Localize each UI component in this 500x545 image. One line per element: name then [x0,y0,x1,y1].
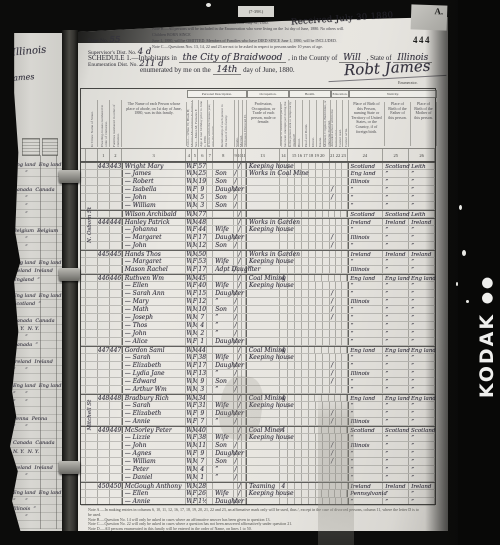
health-cell [323,282,330,289]
health-cell [316,298,323,305]
left-page-entry: Ireland Ireland [10,464,62,472]
table-header: Personal Description. Occupation. Health… [81,89,435,149]
left-page-header-box [22,138,40,156]
months-unemployed [280,490,288,497]
health-cell [323,219,330,225]
health-cell [302,219,309,225]
dwelling-number [98,282,110,289]
street-cell [86,330,98,337]
person-name: Gordon Saml [122,347,186,353]
months-unemployed: 4 [280,347,288,353]
age: 31 [198,402,207,409]
health-cell [302,275,309,281]
person-name: — Daniel [122,474,187,481]
family-number [110,234,122,241]
table-row: 443 443 Wright Mary W F 57 / Keeping hou… [81,162,435,170]
father-birthplace: Scotland [383,211,409,217]
table-row: — Math W M 10 Son / [81,306,435,314]
family-number [110,458,122,465]
father-birthplace: ” [383,290,409,297]
age: 19 [198,178,207,185]
health-cell [288,395,295,401]
birthplace: ” [348,338,384,345]
health-cell [295,275,302,281]
street-cell [86,170,98,177]
months-unemployed [280,186,288,193]
health-cell [288,163,295,169]
family-number [110,298,122,305]
street-cell [86,442,98,449]
family-number [110,498,122,505]
birthplace: Ireland [348,219,384,225]
health-cell [323,386,330,393]
dwelling-number: 443 [98,163,110,169]
colnum: 21 22 23 [330,149,348,161]
health-cell [309,362,316,369]
father-birthplace: ” [383,186,409,193]
health-cell [288,386,295,393]
father-birthplace: ” [383,314,409,321]
person-name: — Sarah Ann [122,290,187,297]
table-row: Wilson Archibald W M 77 / [81,210,435,218]
health-cell [315,347,322,353]
family-number [110,226,122,233]
father-birthplace: Eng land [383,347,409,353]
months-unemployed [280,434,288,441]
table-row: — John W M 11 Son / [81,442,435,450]
health-cell [323,202,330,209]
health-cell [323,226,330,233]
page-no-value: 55 [110,35,121,45]
dwelling-number [98,314,110,321]
dwelling-number [98,410,110,417]
health-cell [288,298,295,305]
street-cell [86,490,98,497]
birthplace: Eng land [347,347,383,353]
months-unemployed: 4 [280,427,288,433]
health-cell [323,338,330,345]
street-cell [86,186,98,193]
health-cell [302,490,309,497]
health-cell [288,483,295,489]
birthplace: ” [348,258,384,265]
occupation [246,362,280,369]
health-cell [288,434,295,441]
age: 12 [198,298,207,305]
person-name: — William [122,458,187,465]
health-cell [316,338,323,345]
health-cell [288,490,295,497]
footnote-d: Note D.—All persons enumerated in this f… [88,527,423,532]
dwelling-number [98,234,110,241]
relationship: Son [213,194,234,201]
street-cell [86,354,98,361]
person-name: — Mary [122,298,187,305]
health-cell [295,370,302,377]
kodak-wordmark: KODAK [476,313,498,398]
form-number-chip: (7-398.) [238,6,274,17]
health-cell [302,442,309,449]
occupation: Works in Coal Mine [246,170,280,177]
months-unemployed: 4 [280,395,288,401]
health-cell [295,306,302,313]
father-birthplace: ” [383,234,409,241]
age: 11 [198,442,207,449]
health-cell [323,242,330,249]
dwelling-number [98,258,110,265]
birthplace: ” [348,242,384,249]
occupation [246,234,280,241]
person-name: — John [122,194,187,201]
left-page-entry: ” ” [10,194,62,202]
health-cell [316,322,323,329]
dwelling-number [98,211,110,217]
person-name: Hands Thos [122,251,187,257]
left-page-entry: Canada Canada [10,317,62,325]
health-cell [302,163,309,169]
age: 7 [198,458,207,465]
col-header-months-unemployed: Number of months this person has been un… [281,100,289,147]
father-birthplace: ” [383,490,409,497]
left-page-entry: ” ” [10,398,62,406]
father-birthplace: ” [383,402,409,409]
father-birthplace: Ireland [383,251,409,257]
family-number [110,442,122,449]
person-name: — Sarah [122,402,187,409]
page-no-label: Page No. [88,38,108,44]
family-number: 446 [110,275,122,281]
birthplace: ” [348,186,384,193]
health-cell [309,234,316,241]
table-row: — Johanna W F 44 Wife / Keeping house [81,226,435,234]
person-name: McSorley Peter [122,427,186,433]
health-cell [288,354,295,361]
relationship: ” [213,314,234,321]
relationship: Son [213,170,234,177]
relationship [213,347,234,353]
birthplace: Scotland [347,211,383,217]
table-row: — John W M 2 ” / [81,330,435,338]
left-page-entry [10,177,62,185]
dwelling-number: 446 [98,275,110,281]
table-row: — Annie W F 1½ Daughter / [81,498,435,506]
health-cell [288,498,295,505]
health-cell [302,498,309,505]
street-cell [86,483,98,489]
age: 9 [198,450,207,457]
street-cell [86,474,98,481]
table-row: — Agnes W F 9 Daughter / [81,450,435,458]
age: 10 [198,306,207,313]
health-cell [302,386,309,393]
health-cell [309,186,316,193]
health-cell [288,282,295,289]
street-cell [86,370,98,377]
family-number [110,290,122,297]
occupation [246,458,280,465]
age: 3 [198,202,207,209]
health-cell [323,266,330,273]
colnum: 2 [110,149,122,161]
months-unemployed [280,330,288,337]
months-unemployed [280,474,288,481]
health-cell [302,418,309,425]
health-cell [302,306,309,313]
age: 53 [198,258,207,265]
left-page-entry: Eng land Eng land [10,382,62,390]
col-header-birthplace: Place of Birth of this Person, naming St… [349,102,385,146]
health-cell [295,242,302,249]
father-birthplace: ” [383,418,409,425]
left-page-entry: ” ” [10,333,62,341]
health-cell [302,170,309,177]
health-cell [295,298,302,305]
left-page-script-state: Illinois [12,45,47,59]
health-cell [323,362,330,369]
table-row: — Alice W F 1 Daughter / [81,338,435,346]
table-row: 444 444 Hanley Patrick W M 48 / Works in… [81,218,435,226]
relationship [213,483,234,489]
person-name: — James [122,170,187,177]
dwelling-number: 444 [98,219,110,225]
left-page-entry: ” ” [10,235,62,243]
table-row: 447 447 Gordon Saml W M 44 / Coal Mining… [81,346,435,354]
health-cell [323,178,330,185]
left-page-entry: ” ” [10,472,62,480]
health-cell [288,194,295,201]
health-cell [288,170,295,177]
months-unemployed [280,251,288,257]
health-cell [288,290,295,297]
health-cell [323,330,330,337]
occupation: Keeping house [246,490,280,497]
health-cell [295,202,302,209]
occupation [246,466,280,473]
group-personal-description: Personal Description. [187,90,247,98]
left-page-entry: ” ” [10,210,62,218]
family-number [110,450,122,457]
family-number [110,402,122,409]
left-page-entry [10,374,62,382]
person-name: — Elizabeth [122,410,187,417]
health-cell [309,498,316,505]
months-unemployed [280,282,288,289]
birthplace: ” [348,378,384,385]
months-unemployed [280,314,288,321]
person-name: — Agnes [122,450,187,457]
kodak-film-brand: KODAK ●● [476,246,498,426]
months-unemployed [280,466,288,473]
health-cell [316,251,323,257]
relationship: Adpt Daughter [213,266,234,273]
months-unemployed [280,298,288,305]
health-cell [302,251,309,257]
dwelling-number [98,186,110,193]
occupation [246,202,280,209]
family-number: 445 [110,251,122,257]
colnum: 6 [198,149,207,161]
family-number [110,354,122,361]
age: 4 [198,466,207,473]
father-birthplace: ” [383,434,409,441]
relationship: Wife [213,490,234,497]
relationship: Son [213,202,234,209]
health-cell [295,347,302,353]
father-birthplace: Eng land [383,275,409,281]
corner-letter: A. [434,6,444,30]
person-name: — Ellen [122,490,187,497]
person-name: Mason Rachel [122,266,187,273]
health-cell [288,458,295,465]
relationship: Son [213,178,234,185]
left-page-entry: ” ” [10,497,62,505]
health-cell [288,410,295,417]
occupation: Works in Garden [246,251,280,257]
person-name: — John [122,242,187,249]
health-cell [288,362,295,369]
film-speck [206,3,211,7]
health-cell [295,362,302,369]
dwelling-number [98,434,110,441]
form-footnotes: Note A.—In making entries in columns 6, … [88,508,423,532]
person-name: — Math [122,306,187,313]
note-b: Note B.—All persons will be included in … [152,26,352,38]
health-cell [288,178,295,185]
relationship: Daughter [213,234,234,241]
birthplace: ” [348,314,384,321]
relationship: Son [213,442,234,449]
health-cell [323,354,330,361]
table-row: — Lizzie W F 38 Wife / Keeping house [81,434,435,442]
health-cell [309,258,316,265]
age: 38 [198,434,207,441]
health-cell [309,402,316,409]
father-birthplace: ” [383,386,409,393]
age: 2 [198,330,207,337]
dwelling-number [98,290,110,297]
health-cell [295,354,302,361]
health-cell [316,282,323,289]
occupation [246,450,280,457]
father-birthplace: ” [383,242,409,249]
health-cell [309,219,316,225]
health-cell [323,378,330,385]
street-cell [86,466,98,473]
health-cell [309,298,316,305]
months-unemployed [280,242,288,249]
dwelling-number [98,266,110,273]
age: 50 [198,251,207,257]
dwelling-number: 448 [98,395,110,401]
father-birthplace: ” [383,226,409,233]
family-number [110,418,122,425]
family-number: 447 [110,347,122,353]
age: 17 [198,266,207,273]
health-cell [316,186,323,193]
months-unemployed [280,322,288,329]
health-cell [295,186,302,193]
father-birthplace: Scotland [383,163,409,169]
father-birthplace: ” [383,466,409,473]
left-page-entry: Penna Penna [10,415,62,423]
group-occupation: Occupation. [247,90,289,98]
health-cell [295,395,302,401]
colnum: 14 [280,149,288,161]
person-name: — Thos [122,322,187,329]
relationship [213,275,234,281]
person-name: Bradbury Rich [122,395,186,401]
months-unemployed [280,234,288,241]
health-cell [302,330,309,337]
health-cell [316,178,323,185]
health-cell [309,483,316,489]
father-birthplace: ” [383,338,409,345]
health-cell [288,234,295,241]
dwelling-number [98,498,110,505]
col-header-insane: Insane. [317,100,324,147]
months-unemployed [280,266,288,273]
person-name: — Lydia Jane [122,370,187,377]
dwelling-number [98,370,110,377]
father-birthplace: ” [383,306,409,313]
health-cell [316,266,323,273]
family-number [110,258,122,265]
left-page-entry: Scotland ” [10,300,62,308]
colnum: 3 [122,149,187,161]
microfilm-scan: Illinois James Eng land Eng land ” ” Can… [0,0,500,545]
health-cell [288,474,295,481]
health-cell [316,330,323,337]
health-cell [302,211,309,217]
occupation [246,338,280,345]
colnum: 8 [213,149,234,161]
health-cell [323,370,330,377]
relationship: ” [213,466,234,473]
months-unemployed [280,378,288,385]
family-number [110,434,122,441]
health-cell [309,314,316,321]
person-name: Wilson Archibald [122,211,187,217]
occupation [246,370,280,377]
relationship: ” [213,370,234,377]
father-birthplace: ” [383,322,409,329]
health-cell [302,378,309,385]
health-cell [302,314,309,321]
left-page-entry: ” ” [10,366,62,374]
colnum [86,149,98,161]
left-page-entry [10,480,62,488]
birthplace: Ireland [348,251,384,257]
film-speck [462,250,466,256]
health-cell [288,314,295,321]
health-cell [288,450,295,457]
person-name: — Alice [122,338,187,345]
occupation [246,330,280,337]
table-row: — Ellen W F 40 Wife / Keeping house [81,282,435,290]
street-cell [86,266,98,273]
health-cell [295,211,302,217]
months-unemployed [280,386,288,393]
left-page-entry: England ” [10,276,62,284]
health-cell [316,314,323,321]
health-cell [316,354,323,361]
months-unemployed [280,418,288,425]
left-page-entry [10,456,62,464]
health-cell [288,219,295,225]
street-cell [86,362,98,369]
health-cell [316,170,323,177]
health-cell [288,266,295,273]
